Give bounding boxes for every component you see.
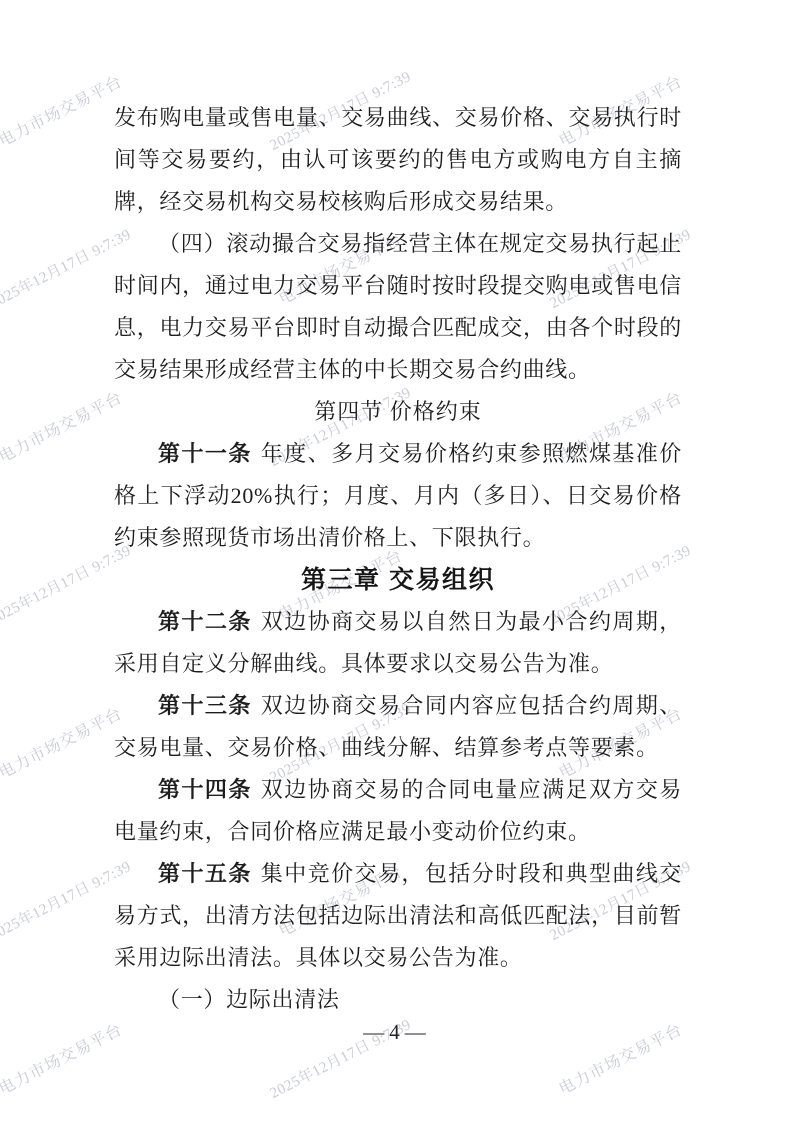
paragraph-text: （一）边际出清法 — [158, 987, 340, 1012]
article-number: 第十五条 — [158, 861, 252, 886]
document-body: 发布购电量或售电量、交易曲线、交易价格、交易执行时间等交易要约，由认可该要约的售… — [114, 97, 682, 1021]
page-number: —4— — [0, 1011, 794, 1053]
article-number: 第十四条 — [158, 777, 252, 802]
article-number: 第十三条 — [158, 693, 252, 718]
paragraph: 第十三条双边协商交易合同内容应包括合约周期、交易电量、交易价格、曲线分解、结算参… — [114, 685, 682, 769]
paragraph-text: 发布购电量或售电量、交易曲线、交易价格、交易执行时间等交易要约，由认可该要约的售… — [114, 105, 682, 214]
article-number: 第十一条 — [158, 441, 252, 466]
paragraph: （四）滚动撮合交易指经营主体在规定交易执行起止时间内，通过电力交易平台随时按时段… — [114, 223, 682, 391]
watermark-platform-name: 电力市场交易平台 — [0, 701, 126, 783]
paragraph: 第十五条集中竞价交易，包括分时段和典型曲线交易方式，出清方法包括边际出清法和高低… — [114, 853, 682, 979]
paragraph: 第十二条双边协商交易以自然日为最小合约周期，采用自定义分解曲线。具体要求以交易公… — [114, 601, 682, 685]
watermark-platform-name: 电力市场交易平台 — [0, 69, 126, 151]
watermark-platform-name: 电力市场交易平台 — [0, 385, 126, 467]
section-heading: 第四节 价格约束 — [114, 391, 682, 433]
document-page: 电力市场交易平台2025年12月17日 9:7:39电力市场交易平台2025年1… — [0, 0, 794, 1123]
paragraph-text: （四）滚动撮合交易指经营主体在规定交易执行起止时间内，通过电力交易平台随时按时段… — [114, 231, 682, 382]
paragraph: 第十一条年度、多月交易价格约束参照燃煤基准价格上下浮动20%执行；月度、月内（多… — [114, 433, 682, 559]
paragraph: 发布购电量或售电量、交易曲线、交易价格、交易执行时间等交易要约，由认可该要约的售… — [114, 97, 682, 223]
paragraph: 第十四条双边协商交易的合同电量应满足双方交易电量约束，合同价格应满足最小变动价位… — [114, 769, 682, 853]
chapter-heading: 第三章 交易组织 — [114, 559, 682, 601]
article-number: 第十二条 — [158, 609, 252, 634]
